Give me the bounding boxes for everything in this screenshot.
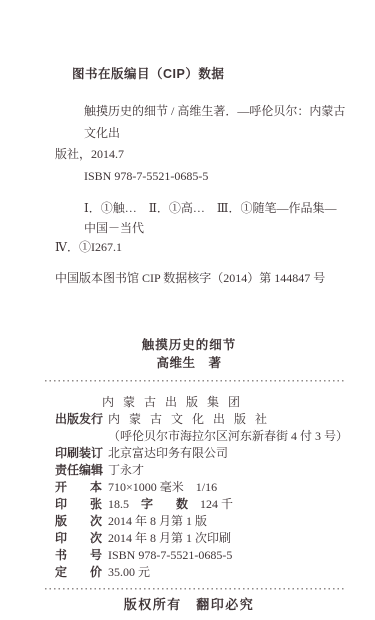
colophon-row-edition: 版次2014 年 8 月第 1 版 [55,513,347,530]
row-label: 定价 [55,564,102,581]
colophon-row-sheets-words: 印张18.5字数124 千 [55,496,347,513]
row-label: 印次 [55,530,102,547]
cip-heading: 图书在版编目（CIP）数据 [72,66,347,83]
dotted-divider-top [45,380,345,382]
row-value: （呼伦贝尔市海拉尔区河东新春街 4 付 3 号） [108,429,348,443]
book-author: 高维生 著 [43,354,335,373]
colophon-row-price: 定价35.00 元 [55,564,347,581]
row-label: 版次 [55,513,102,530]
row-value-words: 124 千 [200,497,233,511]
row-value: 丁永才 [108,463,144,477]
row-value: 18.5 [108,496,141,513]
row-value: ISBN 978-7-5521-0685-5 [108,548,232,562]
row-value: 710×1000 毫米 1/16 [108,480,217,494]
cip-entry-line1: 触摸历史的细节 / 高维生著．—呼伦贝尔：内蒙古文化出 [55,101,347,144]
colophon-row-format: 开本710×1000 毫米 1/16 [55,479,347,496]
row-value: 内 蒙 古 文 化 出 版 社 [108,412,270,426]
row-label: 责任编辑 [55,462,102,479]
cip-record-line: 中国版本图书馆 CIP 数据核字（2014）第 144847 号 [55,270,347,287]
row-value: 2014 年 8 月第 1 次印刷 [108,531,231,545]
colophon-row-editor: 责任编辑丁永才 [55,462,347,479]
row-label: 书号 [55,547,102,564]
copyright-notice: 版权所有 翻印必究 [43,596,335,613]
book-title: 触摸历史的细节 [43,337,335,354]
row-label: 出版发行 [55,411,102,428]
colophon-row-isbn: 书号ISBN 978-7-5521-0685-5 [55,547,347,564]
row-label: 印张 [55,496,102,513]
cip-entry-line2: 版社，2014.7 [55,144,347,166]
colophon-row-address: （呼伦贝尔市海拉尔区河东新春街 4 付 3 号） [55,428,347,445]
cip-class-line2: Ⅳ．①I267.1 [55,238,347,258]
colophon-row-publisher: 出版发行内 蒙 古 文 化 出 版 社 [55,411,347,428]
row-label: 开本 [55,479,102,496]
colophon-row-group: 内 蒙 古 出 版 集 团 [55,394,347,411]
cip-classification-block: Ⅰ．①触… Ⅱ．①高… Ⅲ．①随笔—作品集—中国－当代 Ⅳ．①I267.1 [55,199,347,258]
cip-isbn-line: ISBN 978-7-5521-0685-5 [55,166,347,188]
colophon-row-impression: 印次2014 年 8 月第 1 次印刷 [55,530,347,547]
row-value: 2014 年 8 月第 1 版 [108,514,207,528]
row-label: 印刷装订 [55,445,102,462]
page-content: 图书在版编目（CIP）数据 触摸历史的细节 / 高维生著．—呼伦贝尔：内蒙古文化… [0,0,375,613]
dotted-divider-bottom [45,588,345,590]
copyright-page: 图书在版编目（CIP）数据 触摸历史的细节 / 高维生著．—呼伦贝尔：内蒙古文化… [0,0,375,620]
colophon-table: 内 蒙 古 出 版 集 团 出版发行内 蒙 古 文 化 出 版 社 （呼伦贝尔市… [55,394,347,581]
row-value: 北京富达印务有限公司 [108,446,228,460]
row-value: 35.00 元 [108,565,150,579]
cip-class-line1: Ⅰ．①触… Ⅱ．①高… Ⅲ．①随笔—作品集—中国－当代 [55,199,347,238]
colophon-row-printer: 印刷装订北京富达印务有限公司 [55,445,347,462]
publishing-group: 内 蒙 古 出 版 集 团 [102,395,243,409]
row-label-words: 字数 [141,496,188,513]
cip-entry-block: 触摸历史的细节 / 高维生著．—呼伦贝尔：内蒙古文化出 版社，2014.7 IS… [55,101,347,187]
